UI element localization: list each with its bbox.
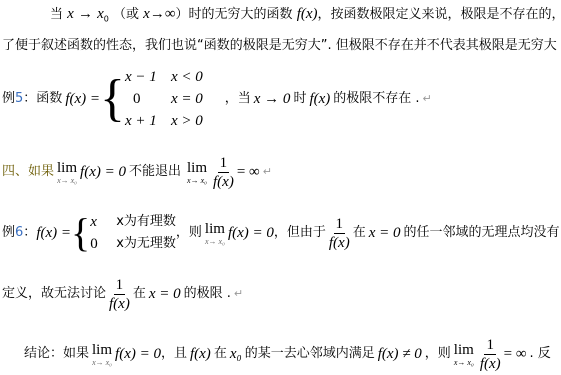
frac-den: f(x): [329, 234, 350, 252]
frac-den: f(x): [213, 173, 234, 191]
math-expr: f(x) = 0: [80, 164, 126, 180]
text: 在: [133, 286, 146, 302]
math-expr: x = 0: [369, 225, 401, 241]
text: ：: [23, 225, 36, 241]
text: 当: [50, 7, 63, 22]
math-x0: x: [97, 6, 104, 22]
math-fx: f(x): [190, 346, 211, 362]
example5: 例 5 ：函数 f(x) = { x − 1x < 0 0x = 0 x + 1…: [2, 64, 432, 134]
case-cond: x为有理数: [116, 211, 176, 233]
math-expr: f(x) ≠ 0: [378, 346, 422, 362]
math-fx-eq: f(x) =: [36, 225, 71, 241]
lim-sub: x→ x₀: [454, 358, 474, 367]
math-expr: x = 0: [149, 286, 181, 302]
left-brace-icon: {: [100, 73, 125, 125]
text: ，但由于: [274, 225, 326, 241]
example-number: 5: [15, 91, 23, 107]
piecewise-cases: xx为有理数 0x为无理数: [90, 211, 176, 255]
section-heading: 四、如果: [2, 164, 54, 180]
math-x: x: [143, 6, 150, 22]
lim-word: lim: [205, 221, 225, 237]
lim-word: lim: [92, 342, 112, 358]
case-row: 0x = 0: [125, 88, 203, 110]
math-sub: 0: [104, 15, 109, 24]
text: ，则: [425, 346, 451, 362]
limit: limx→ x₀: [454, 342, 474, 367]
math-x-arrow-0: x → 0: [254, 91, 291, 107]
case-row: x + 1x > 0: [125, 110, 203, 132]
return-mark-icon: ↵: [423, 91, 432, 107]
case-expr: x − 1: [125, 66, 171, 88]
text: 的极限不存在 .: [333, 91, 419, 107]
lim-word: lim: [57, 160, 77, 176]
fraction: 1f(x): [480, 336, 501, 373]
math-x0: x₀: [230, 346, 242, 362]
frac-num: 1: [114, 276, 126, 295]
math-result: = ∞: [237, 164, 260, 180]
case-row: xx为有理数: [90, 211, 176, 233]
frac-num: 1: [484, 336, 496, 355]
frac-den: f(x): [480, 355, 501, 373]
math-fx: f(x): [309, 91, 330, 107]
text: ）时的无穷大的函数: [176, 7, 293, 22]
text: 在: [353, 225, 366, 241]
limit: limx→ x₀: [57, 160, 77, 185]
return-mark-icon: ↵: [263, 164, 272, 180]
fraction: 1f(x): [109, 276, 130, 313]
text: 了便于叙述函数的性态，我们也说“函数的极限是无穷大”. 但极限不存在并不代表其极…: [2, 38, 561, 53]
math-fx: f(x): [297, 6, 318, 22]
return-mark-icon: ↵: [234, 286, 243, 302]
case-expr: x + 1: [125, 110, 171, 132]
case-cond: x > 0: [171, 110, 203, 132]
math-arrow: →: [78, 6, 93, 22]
limit: limx→ x₀: [205, 221, 225, 246]
text: （或: [113, 7, 139, 22]
text: ，按函数极限定义来说，极限是不存在的，但是为: [318, 7, 561, 22]
text: 时: [293, 91, 306, 107]
text: . 反: [530, 346, 551, 362]
piecewise-cases: x − 1x < 0 0x = 0 x + 1x > 0: [125, 66, 203, 132]
example6-line1: 例 6 ： f(x) = { xx为有理数 0x为无理数 ，则 limx→ x₀…: [2, 210, 560, 256]
text: 不能退出: [129, 164, 181, 180]
math-expr: f(x) = 0: [228, 225, 274, 241]
case-cond: x = 0: [171, 88, 203, 110]
lim-sub: x→ x₀: [187, 176, 207, 185]
math-arrow-inf: →∞: [150, 6, 176, 22]
para1-line1: 当 x → x0 （或 x→∞）时的无穷大的函数 f(x)，按函数极限定义来说，…: [50, 6, 561, 28]
case-expr: 0: [125, 88, 171, 110]
text: 的极限 .: [184, 286, 231, 302]
lim-word: lim: [454, 342, 474, 358]
text: ，当: [225, 91, 251, 107]
example-number: 6: [15, 225, 23, 241]
case-row: x − 1x < 0: [125, 66, 203, 88]
case-expr: x: [90, 211, 116, 233]
para1-line2: 了便于叙述函数的性态，我们也说“函数的极限是无穷大”. 但极限不存在并不代表其极…: [2, 38, 561, 54]
case-cond: x为无理数: [116, 233, 176, 255]
left-brace-icon: {: [71, 207, 90, 259]
text: 例: [2, 91, 15, 107]
frac-den: f(x): [109, 295, 130, 313]
lim-sub: x→ x₀: [92, 358, 112, 367]
limit: limx→ x₀: [187, 160, 207, 185]
fraction: 1f(x): [213, 154, 234, 191]
limit: limx→ x₀: [92, 342, 112, 367]
text: ：函数: [23, 91, 62, 107]
case-cond: x < 0: [171, 66, 203, 88]
text: ，且: [161, 346, 187, 362]
lim-sub: x→ x₀: [57, 176, 77, 185]
lim-sub: x→ x₀: [205, 237, 225, 246]
math-x: x: [67, 6, 74, 22]
text: 的某一去心邻域内满足: [245, 346, 375, 362]
frac-num: 1: [334, 215, 346, 234]
lim-word: lim: [187, 160, 207, 176]
text: 例: [2, 225, 15, 241]
text: 在: [214, 346, 227, 362]
math-expr: f(x) = 0: [115, 346, 161, 362]
fraction: 1f(x): [329, 215, 350, 252]
case-row: 0x为无理数: [90, 233, 176, 255]
text: 定义，故无法讨论: [2, 286, 106, 302]
text: 结论：如果: [24, 346, 89, 362]
frac-num: 1: [218, 154, 230, 173]
math-result: = ∞: [504, 346, 527, 362]
math-fx-eq: f(x) =: [65, 91, 100, 107]
example6-line2: 定义，故无法讨论 1f(x) 在 x = 0 的极限 .↵: [2, 272, 243, 316]
text: ，则: [176, 225, 202, 241]
section4: 四、如果 limx→ x₀ f(x) = 0 不能退出 limx→ x₀ 1f(…: [2, 150, 272, 194]
text: 的任一邻域的无理点均没有: [404, 225, 560, 241]
conclusion: 结论：如果 limx→ x₀ f(x) = 0 ，且 f(x) 在 x₀ 的某一…: [24, 334, 551, 374]
case-expr: 0: [90, 233, 116, 255]
